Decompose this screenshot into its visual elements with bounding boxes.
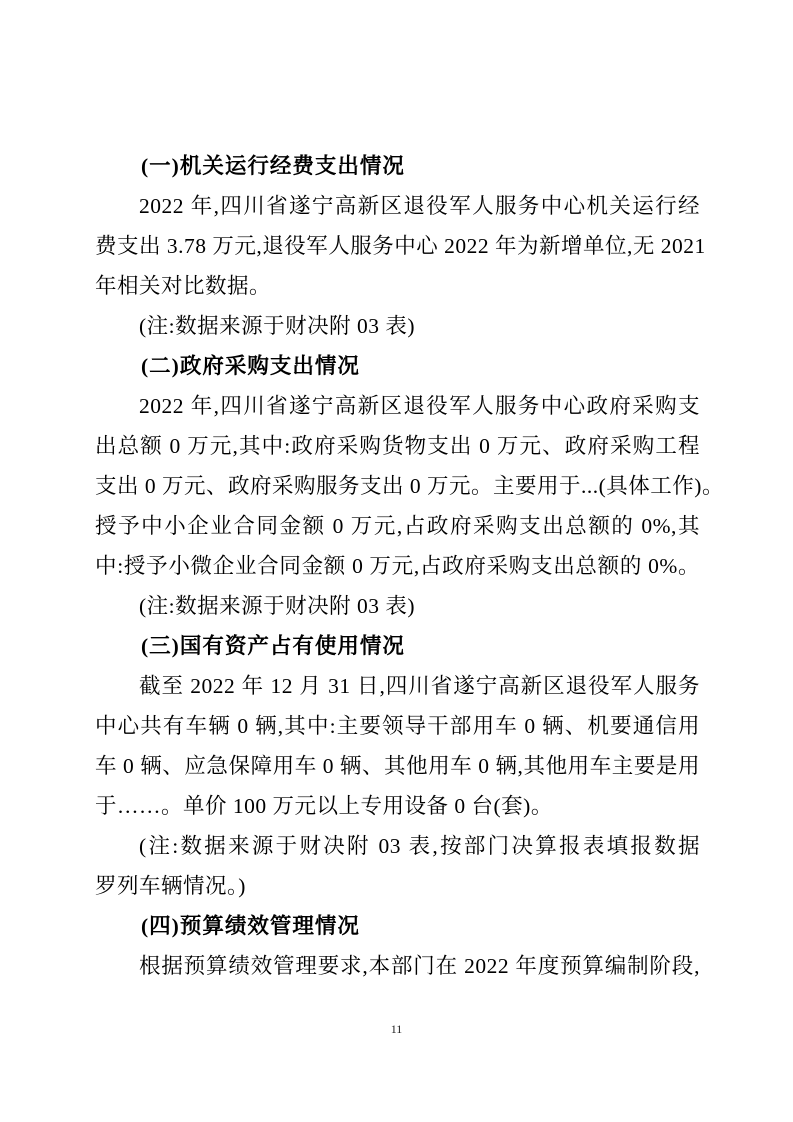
body-text-line: 车 0 辆、应急保障用车 0 辆、其他用车 0 辆,其他用车主要是用 [95,746,700,786]
page-number: 11 [0,1022,793,1037]
section-1-heading: (一)机关运行经费支出情况 [95,146,700,186]
note-line: 罗列车辆情况。) [95,866,700,906]
document-page: (一)机关运行经费支出情况 2022 年,四川省遂宁高新区退役军人服务中心机关运… [0,0,793,1122]
body-text-line: 截至 2022 年 12 月 31 日,四川省遂宁高新区退役军人服务 [95,666,700,706]
note-line: (注:数据来源于财决附 03 表) [95,586,700,626]
document-content: (一)机关运行经费支出情况 2022 年,四川省遂宁高新区退役军人服务中心机关运… [95,146,700,986]
body-text-line: 出总额 0 万元,其中:政府采购货物支出 0 万元、政府采购工程 [95,426,700,466]
note-line: (注:数据来源于财决附 03 表,按部门决算报表填报数据 [95,826,700,866]
body-text-line: 年相关对比数据。 [95,266,700,306]
section-3-heading: (三)国有资产占有使用情况 [95,626,700,666]
body-text-line: 2022 年,四川省遂宁高新区退役军人服务中心机关运行经 [95,186,700,226]
body-text-line: 根据预算绩效管理要求,本部门在 2022 年度预算编制阶段, [95,946,700,986]
body-text-line: 授予中小企业合同金额 0 万元,占政府采购支出总额的 0%,其 [95,506,700,546]
body-text-line: 2022 年,四川省遂宁高新区退役军人服务中心政府采购支 [95,386,700,426]
body-text-line: 费支出 3.78 万元,退役军人服务中心 2022 年为新增单位,无 2021 [95,226,700,266]
section-4-heading: (四)预算绩效管理情况 [95,906,700,946]
note-line: (注:数据来源于财决附 03 表) [95,306,700,346]
body-text-line: 支出 0 万元、政府采购服务支出 0 万元。主要用于...(具体工作)。 [95,466,700,506]
section-2-heading: (二)政府采购支出情况 [95,346,700,386]
body-text-line: 中:授予小微企业合同金额 0 万元,占政府采购支出总额的 0%。 [95,546,700,586]
body-text-line: 于……。单价 100 万元以上专用设备 0 台(套)。 [95,786,700,826]
body-text-line: 中心共有车辆 0 辆,其中:主要领导干部用车 0 辆、机要通信用 [95,706,700,746]
